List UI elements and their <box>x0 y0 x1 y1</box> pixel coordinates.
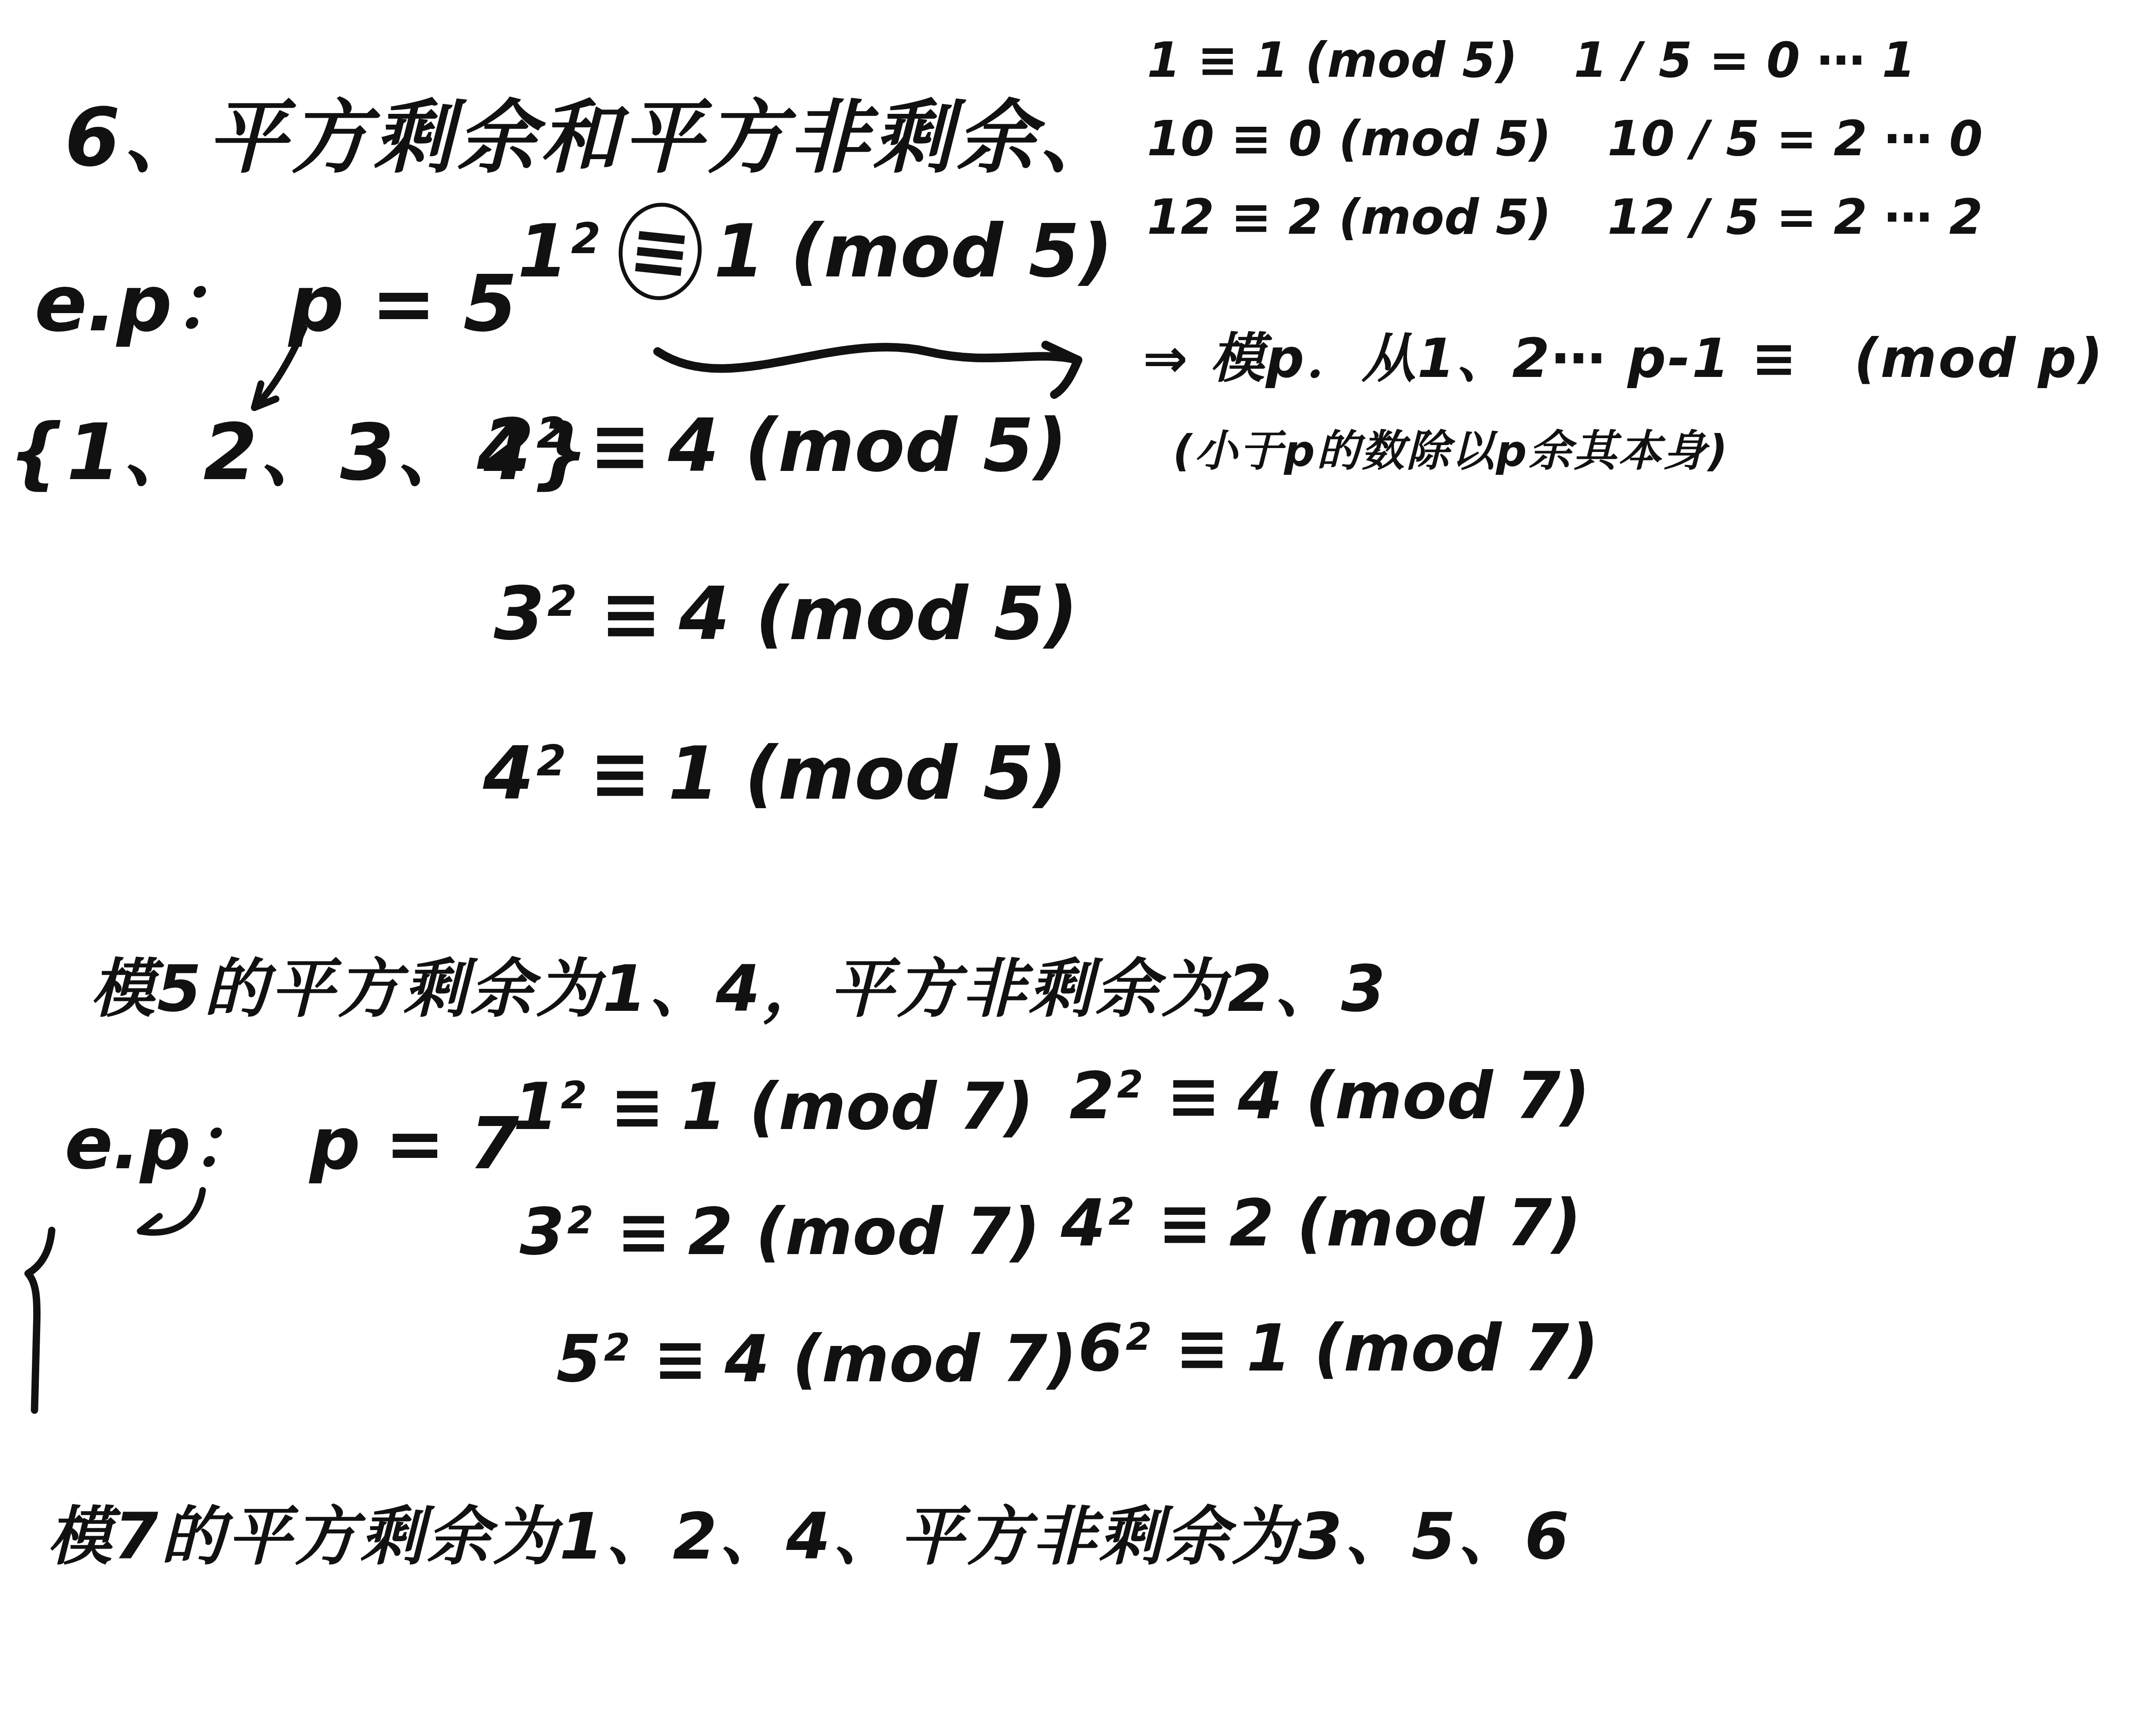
summary-mod7: 模7的平方剩余为1、2、4、平方非剩余为3、5、6 <box>47 1486 1572 1577</box>
side-congruence: 10 ≡ 0 (mod 5) <box>1147 111 1551 167</box>
side-division: 12 / 5 = 2 ⋯ 2 <box>1608 189 1983 245</box>
congruence-7-6: 62 ≡ 1 (mod 7) <box>1078 1311 1599 1386</box>
equiv-sign: ≡ <box>617 1195 671 1270</box>
congruence-base: 4 <box>1061 1186 1106 1261</box>
congruence-base: 6 <box>1078 1311 1123 1386</box>
example7-header: e.p： p = 7 <box>65 1087 519 1189</box>
equiv-sign: ≡ <box>1158 1186 1212 1261</box>
congruence-base: 1 <box>513 1069 558 1145</box>
equiv-sign: ≡ <box>610 1069 664 1145</box>
equiv-sign: ≡ <box>653 1322 708 1397</box>
equiv-sign: ≡ <box>625 206 695 297</box>
handwritten-notes-page: 6、平方剩余和平方非剩余、 e.p： p = 5 12 ≡ 1 (mod 5) … <box>0 0 2156 1725</box>
page-title: 6、平方剩余和平方非剩余、 <box>65 73 1122 188</box>
congruence-7-2: 22 ≡ 4 (mod 7) <box>1069 1059 1590 1134</box>
parenthetical-note: (小于p的数除以p余其本身) <box>1173 416 1730 478</box>
example5-condition: p = 5 <box>288 259 517 349</box>
congruence-rhs: 4 (mod 5) <box>679 571 1078 657</box>
congruence-5-3: 32 ≡ 4 (mod 5) <box>494 571 1078 657</box>
example5-label: e.p： <box>34 241 250 353</box>
congruence-base: 3 <box>520 1195 564 1270</box>
side-division: 10 / 5 = 2 ⋯ 0 <box>1608 111 1983 167</box>
circled-equiv-annotation: ≡ <box>614 199 707 304</box>
congruence-exponent: 2 <box>547 577 577 626</box>
congruence-exponent: 2 <box>536 408 566 458</box>
congruence-rhs: 1 (mod 7) <box>682 1069 1034 1145</box>
congruence-exponent: 2 <box>571 214 601 263</box>
example7-label: e.p： <box>65 1087 262 1189</box>
congruence-rhs: 1 (mod 5) <box>714 209 1113 294</box>
side-congruence: 12 ≡ 2 (mod 5) <box>1147 189 1551 245</box>
congruence-5-1: 12 ≡ 1 (mod 5) <box>517 203 1113 300</box>
congruence-7-5: 52 ≡ 4 (mod 7) <box>556 1322 1077 1397</box>
congruence-5-2: 22 ≡ 4 (mod 5) <box>483 403 1067 489</box>
congruence-rhs: 4 (mod 7) <box>1238 1059 1590 1134</box>
side-note-row: 12 ≡ 2 (mod 5) 12 / 5 = 2 ⋯ 2 <box>1147 189 1983 245</box>
congruence-exponent: 2 <box>1117 1063 1143 1107</box>
equiv-sign: ≡ <box>589 403 651 489</box>
equiv-sign: ≡ <box>1166 1059 1221 1134</box>
margin-brace-icon <box>11 1227 67 1417</box>
side-note-row: 10 ≡ 0 (mod 5) 10 / 5 = 2 ⋯ 0 <box>1147 111 1983 167</box>
congruence-rhs: 2 (mod 7) <box>688 1195 1040 1270</box>
congruence-exponent: 2 <box>567 1198 593 1242</box>
example7-condition: p = 7 <box>310 1102 519 1185</box>
congruence-rhs: 4 (mod 7) <box>725 1322 1077 1397</box>
hook-arrow-icon <box>129 1184 211 1257</box>
equiv-sign: ≡ <box>600 571 661 657</box>
congruence-7-3: 32 ≡ 2 (mod 7) <box>520 1195 1040 1270</box>
congruence-base: 3 <box>494 571 545 657</box>
equiv-sign: ≡ <box>1175 1311 1229 1386</box>
congruence-rhs: 1 (mod 7) <box>1247 1311 1599 1386</box>
side-notes-column: 1 ≡ 1 (mod 5) 1 / 5 = 0 ⋯ 1 10 ≡ 0 (mod … <box>1147 32 1983 245</box>
equiv-sign: ≡ <box>589 731 651 816</box>
congruence-base: 2 <box>1069 1059 1114 1134</box>
congruence-base: 1 <box>517 209 568 294</box>
congruence-base: 5 <box>556 1322 601 1397</box>
congruence-exponent: 2 <box>561 1073 587 1117</box>
side-note-row: 1 ≡ 1 (mod 5) 1 / 5 = 0 ⋯ 1 <box>1147 32 1983 88</box>
side-congruence: 1 ≡ 1 (mod 5) <box>1147 32 1518 88</box>
congruence-rhs: 4 (mod 5) <box>668 403 1067 489</box>
congruence-rhs: 2 (mod 7) <box>1229 1186 1582 1261</box>
congruence-7-4: 42 ≡ 2 (mod 7) <box>1061 1186 1582 1261</box>
summary-mod5: 模5的平方剩余为1、4，平方非剩余为2、3 <box>91 938 1388 1029</box>
congruence-exponent: 2 <box>604 1326 630 1370</box>
congruence-5-4: 42 ≡ 1 (mod 5) <box>483 731 1067 816</box>
congruence-7-1: 12 ≡ 1 (mod 7) <box>513 1069 1034 1145</box>
side-division: 1 / 5 = 0 ⋯ 1 <box>1574 32 1915 88</box>
congruence-exponent: 2 <box>1108 1190 1134 1234</box>
congruence-exponent: 2 <box>536 736 566 786</box>
congruence-rhs: 1 (mod 5) <box>668 731 1067 816</box>
congruence-base: 4 <box>483 731 534 816</box>
congruence-base: 2 <box>483 403 534 489</box>
implication-note: ⇒ 模p．从1、2⋯ p-1 ≡ (mod p) <box>1143 315 2105 392</box>
congruence-exponent: 2 <box>1125 1315 1152 1359</box>
